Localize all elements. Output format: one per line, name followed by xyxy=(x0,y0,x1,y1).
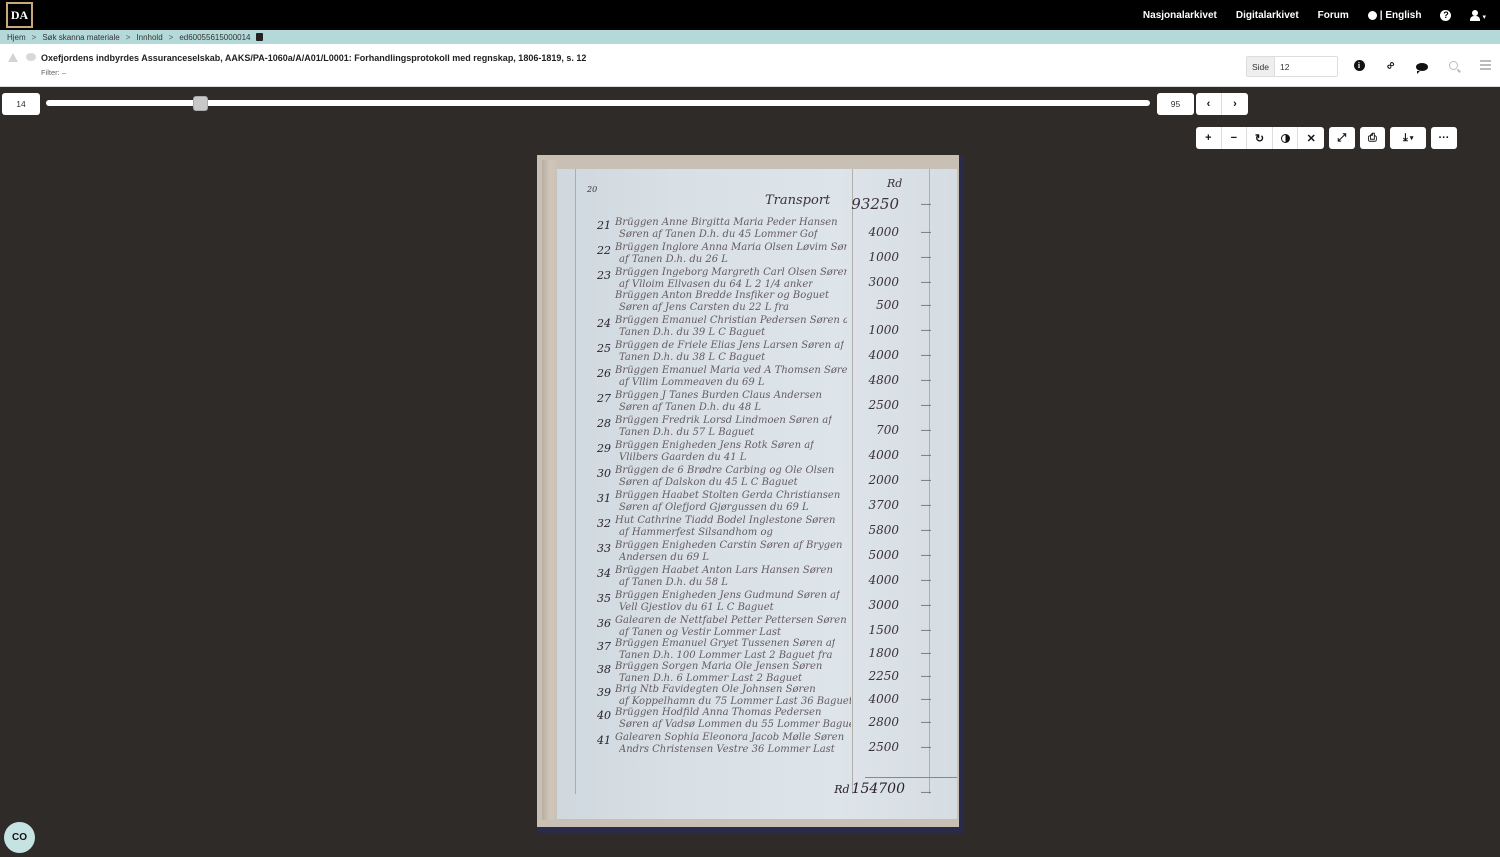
amount-dash: — xyxy=(921,787,931,798)
document-image[interactable]: 20 Transport Rd 93250 — 21Brüggen Anne B… xyxy=(537,155,964,833)
entry-amount: 4000 xyxy=(868,692,899,706)
amount-dash: — xyxy=(921,300,931,311)
entry-amount: 2800 xyxy=(868,715,899,729)
entry-amount: 1800 xyxy=(868,646,899,660)
entry-number: 34 xyxy=(597,567,611,580)
entry-amount: 700 xyxy=(876,423,899,437)
entry-number: 23 xyxy=(597,269,611,282)
amount-dash: — xyxy=(921,425,931,436)
amount-dash: — xyxy=(921,475,931,486)
amount-dash: — xyxy=(921,450,931,461)
entry-text-line2: Andersen du 69 L xyxy=(619,552,709,563)
entry-text-line2: Andrs Christensen Vestre 36 Lommer Last xyxy=(619,744,835,755)
warning-icon[interactable] xyxy=(8,53,18,62)
entry-number: 31 xyxy=(597,492,611,505)
entry-amount: 4000 xyxy=(868,348,899,362)
entry-text-line2: Tanen D.h. du 57 L Baguet xyxy=(619,427,754,438)
amount-dash: — xyxy=(921,500,931,511)
amount-dash: — xyxy=(921,600,931,611)
entry-number: 25 xyxy=(597,342,611,355)
entry-amount: 2000 xyxy=(868,473,899,487)
page-slider-track[interactable] xyxy=(46,100,1150,106)
entry-number: 41 xyxy=(597,734,611,747)
cookie-consent-button[interactable]: CO xyxy=(4,822,35,853)
page-number-input[interactable] xyxy=(1275,57,1337,76)
margin-rule xyxy=(575,169,576,794)
language-label: | English xyxy=(1380,10,1422,21)
more-options-button[interactable]: ··· xyxy=(1431,127,1457,149)
globe-icon xyxy=(1368,11,1377,20)
entry-amount: 3700 xyxy=(868,498,899,512)
entry-amount: 500 xyxy=(876,298,899,312)
entry-number: 32 xyxy=(597,517,611,530)
entry-text: Brüggen Haabet Stolten Gerda Christianse… xyxy=(615,490,840,501)
entry-number: 21 xyxy=(597,219,611,232)
permalink-button[interactable]: ∞ xyxy=(1383,58,1397,72)
next-page-button[interactable]: › xyxy=(1222,93,1248,115)
total-label: Rd xyxy=(834,783,849,796)
entry-text-line2: af Tanen D.h. du 58 L xyxy=(619,577,728,588)
entry-text-line2: af Koppelhamn du 75 Lommer Last 36 Bague… xyxy=(619,696,851,707)
entry-text: Brüggen Enigheden Jens Rotk Søren af xyxy=(615,440,814,451)
entry-amount: 4000 xyxy=(868,573,899,587)
entry-text-line2: af Vllim Lommeaven du 69 L xyxy=(619,377,765,388)
entry-text: Brüggen Inglore Anna Maria Olsen Løvim S… xyxy=(615,242,847,253)
currency-header: Rd xyxy=(887,177,902,190)
breadcrumb-separator: > xyxy=(169,33,174,42)
transport-label: Transport xyxy=(765,193,830,208)
entry-amount: 1000 xyxy=(868,250,899,264)
entry-amount: 2500 xyxy=(868,398,899,412)
amount-dash: — xyxy=(921,325,931,336)
breadcrumb-separator: > xyxy=(126,33,131,42)
entry-amount: 4000 xyxy=(868,225,899,239)
entry-text: Brüggen Ingeborg Margreth Carl Olsen Sør… xyxy=(615,267,847,278)
user-icon xyxy=(1470,10,1480,21)
amount-dash: — xyxy=(921,694,931,705)
breadcrumb-contents[interactable]: Innhold xyxy=(136,33,162,42)
ellipsis-icon: ··· xyxy=(1438,132,1449,144)
entry-number: 27 xyxy=(597,392,611,405)
entry-text-line2: af Vlloim Ellvasen du 64 L 2 1/4 anker xyxy=(619,279,813,290)
ledger-total: Rd154700 xyxy=(834,781,905,797)
amount-dash: — xyxy=(921,277,931,288)
amount-dash: — xyxy=(921,525,931,536)
entry-text: Brüggen Haabet Anton Lars Hansen Søren xyxy=(615,565,833,576)
breadcrumb: Hjem > Søk skanna materiale > Innhold > … xyxy=(0,30,1500,44)
entry-text-line2: Vell Gjestlov du 61 L C Baguet xyxy=(619,602,774,613)
search-icon xyxy=(1449,61,1458,70)
entry-text: Brig Ntb Favidegten Ole Johnsen Søren xyxy=(615,684,816,695)
entry-text: Brüggen de Friele Elias Jens Larsen Søre… xyxy=(615,340,844,351)
plus-icon: + xyxy=(1205,132,1211,144)
entry-amount: 3000 xyxy=(868,598,899,612)
more-group: ··· xyxy=(1431,127,1457,149)
manuscript-page: 20 Transport Rd 93250 — 21Brüggen Anne B… xyxy=(557,169,957,819)
entry-amount: 1500 xyxy=(868,623,899,637)
amount-dash: — xyxy=(921,550,931,561)
entry-text: Brüggen Emanuel Maria ved A Thomsen Søre… xyxy=(615,365,847,376)
entry-number: 38 xyxy=(597,663,611,676)
opening-amount: 93250 xyxy=(851,195,899,213)
entry-text: Brüggen Emanuel Christian Pedersen Søren… xyxy=(615,315,847,326)
current-page-box[interactable]: 14 xyxy=(2,93,40,115)
entry-text-line2: Tanen D.h. du 38 L C Baguet xyxy=(619,352,765,363)
nav-link-nasjonalarkivet[interactable]: Nasjonalarkivet xyxy=(1143,10,1217,21)
entry-amount: 4000 xyxy=(868,448,899,462)
entry-text: Brüggen Anne Birgitta Maria Peder Hansen xyxy=(615,217,838,228)
amount-dash: — xyxy=(921,671,931,682)
amount-column-rule xyxy=(852,169,853,794)
chevron-left-icon: ‹ xyxy=(1207,98,1211,110)
entry-number: 22 xyxy=(597,244,611,257)
entry-text-line2: af Hammerfest Silsandhom og xyxy=(619,527,773,538)
entry-text: Brüggen Enigheden Carstin Søren af Bryge… xyxy=(615,540,842,551)
amount-dash: — xyxy=(921,648,931,659)
user-menu-button[interactable]: ▾ xyxy=(1470,10,1486,21)
entry-amount: 5000 xyxy=(868,548,899,562)
print-group: ⎙ xyxy=(1360,127,1386,149)
entry-amount: 3000 xyxy=(868,275,899,289)
total-pages-box: 95 xyxy=(1157,93,1194,115)
print-icon: ⎙ xyxy=(1368,132,1377,145)
rotate-icon: ↻ xyxy=(1255,132,1264,145)
entry-text-line2: Søren af Olefjord Gjørgussen du 69 L xyxy=(619,502,809,513)
entry-amount: 2250 xyxy=(868,669,899,683)
nav-link-forum[interactable]: Forum xyxy=(1318,10,1349,21)
caret-down-icon: ▾ xyxy=(1410,134,1414,142)
page-stack-edge xyxy=(542,160,558,820)
page-number-field: Side xyxy=(1246,56,1338,77)
entry-text: Brüggen J Tanes Burden Claus Andersen xyxy=(615,390,822,401)
language-switch[interactable]: | English xyxy=(1368,10,1422,21)
entry-amount: 5800 xyxy=(868,523,899,537)
entry-number: 37 xyxy=(597,640,611,653)
breadcrumb-search-scanned[interactable]: Søk skanna materiale xyxy=(42,33,119,42)
entry-number: 30 xyxy=(597,467,611,480)
fullscreen-group: ⤢ xyxy=(1329,127,1355,149)
amount-dash: — xyxy=(921,375,931,386)
breadcrumb-current-id: ed60055615000014 xyxy=(179,33,250,42)
entry-number: 36 xyxy=(597,617,611,630)
help-icon[interactable]: ? xyxy=(1440,10,1451,21)
contrast-icon xyxy=(1281,134,1290,143)
amount-dash: — xyxy=(921,350,931,361)
print-button[interactable]: ⎙ xyxy=(1360,127,1386,149)
list-view-button[interactable] xyxy=(1478,58,1492,72)
nav-links: Nasjonalarkivet Digitalarkivet Forum | E… xyxy=(1143,0,1500,30)
copy-icon[interactable] xyxy=(256,33,263,41)
entry-text: Brüggen Fredrik Lorsd Lindmoen Søren af xyxy=(615,415,832,426)
entry-number: 35 xyxy=(597,592,611,605)
viewer-toolbar: + − ↻ ✕ ⤢ ⎙ ⤓ ▾ ··· xyxy=(1196,127,1462,149)
entry-text: Brüggen Anton Bredde Insfiker og Boguet xyxy=(615,290,829,301)
minus-icon: − xyxy=(1231,132,1237,144)
previous-page-button[interactable]: ‹ xyxy=(1196,93,1222,115)
nav-link-digitalarkivet[interactable]: Digitalarkivet xyxy=(1236,10,1299,21)
side-label: Side xyxy=(1247,57,1275,76)
page-marker: 20 xyxy=(587,185,597,194)
info-button[interactable]: i xyxy=(1352,58,1366,72)
document-header: Oxefjordens indbyrdes Assuranceselskab, … xyxy=(0,44,1500,87)
entry-text: Brüggen de 6 Brødre Carbing og Ole Olsen xyxy=(615,465,834,476)
entry-number: 39 xyxy=(597,686,611,699)
download-icon: ⤓ xyxy=(1403,132,1408,145)
cookie-icon: CO xyxy=(12,832,27,843)
entry-text: Brüggen Hodfild Anna Thomas Pedersen xyxy=(615,707,821,718)
amount-dash: — xyxy=(921,252,931,263)
amount-dash: — xyxy=(921,742,931,753)
reset-button[interactable]: ✕ xyxy=(1298,127,1324,149)
entry-text: Hut Cathrine Tiadd Bodel Inglestone Søre… xyxy=(615,515,835,526)
entry-text-line2: Søren af Tanen D.h. du 48 L xyxy=(619,402,761,413)
total-amount: 154700 xyxy=(852,781,905,797)
list-icon xyxy=(1480,60,1491,70)
entry-amount: 2500 xyxy=(868,740,899,754)
da-logo[interactable]: DA xyxy=(6,2,33,28)
comment-bubble-icon[interactable] xyxy=(26,53,36,61)
entry-text-line2: af Tanen D.h. du 26 L xyxy=(619,254,728,265)
amount-dash: — xyxy=(921,625,931,636)
entry-text-line2: Søren af Jens Carsten du 22 L fra xyxy=(619,302,789,313)
comment-icon xyxy=(1416,63,1428,71)
download-group: ⤓ ▾ xyxy=(1390,127,1426,149)
entry-text-line2: Søren af Tanen D.h. du 45 Lommer Gof xyxy=(619,229,818,240)
entry-text-line2: af Tanen og Vestir Lommer Last xyxy=(619,627,781,638)
entry-text: Galearen Sophia Eleonora Jacob Mølle Sør… xyxy=(615,732,847,743)
entry-text-line2: Tanen D.h. du 39 L C Baguet xyxy=(619,327,765,338)
amount-dash: — xyxy=(921,400,931,411)
entry-number: 26 xyxy=(597,367,611,380)
zoom-in-button[interactable]: + xyxy=(1196,127,1222,149)
entry-text-line2: Tanen D.h. 6 Lommer Last 2 Baguet xyxy=(619,673,802,684)
entry-text-line2: Vlilbers Gaarden du 41 L xyxy=(619,452,746,463)
total-rule xyxy=(865,777,957,778)
entry-text: Brüggen Sorgen Maria Ole Jensen Søren xyxy=(615,661,822,672)
entry-text-line2: Søren af Vadsø Lommen du 55 Lommer Bague… xyxy=(619,719,851,730)
image-controls-group: + − ↻ ✕ xyxy=(1196,127,1324,149)
chevron-right-icon: › xyxy=(1233,98,1237,110)
entry-number: 28 xyxy=(597,417,611,430)
link-icon: ∞ xyxy=(1382,57,1398,73)
page-title: Oxefjordens indbyrdes Assuranceselskab, … xyxy=(41,53,586,63)
entry-text-line2: Tanen D.h. 100 Lommer Last 2 Baguet fra xyxy=(619,650,832,661)
entry-text: Brüggen Enigheden Jens Gudmund Søren af xyxy=(615,590,840,601)
caret-down-icon: ▾ xyxy=(1482,14,1486,21)
entry-text: Galearen de Nettfabel Petter Pettersen S… xyxy=(615,615,847,626)
contrast-button[interactable] xyxy=(1273,127,1299,149)
entry-text-line2: Søren af Dalskon du 45 L C Baguet xyxy=(619,477,798,488)
top-navbar: DA Nasjonalarkivet Digitalarkivet Forum … xyxy=(0,0,1500,30)
download-button[interactable]: ⤓ ▾ xyxy=(1390,127,1426,149)
close-icon: ✕ xyxy=(1307,132,1316,145)
entry-number: 29 xyxy=(597,442,611,455)
page-slider-handle[interactable] xyxy=(193,96,208,111)
entry-number: 24 xyxy=(597,317,611,330)
amount-dash: — xyxy=(921,575,931,586)
rotate-button[interactable]: ↻ xyxy=(1247,127,1273,149)
amount-dash: — xyxy=(921,227,931,238)
amount-dash: — xyxy=(921,717,931,728)
search-button[interactable] xyxy=(1446,58,1460,72)
expand-icon: ⤢ xyxy=(1337,132,1346,145)
filter-label: Filter: – xyxy=(41,68,66,77)
page-nav-buttons: ‹ › xyxy=(1196,93,1248,115)
entry-number: 33 xyxy=(597,542,611,555)
breadcrumb-separator: > xyxy=(32,33,37,42)
zoom-out-button[interactable]: − xyxy=(1222,127,1248,149)
entry-amount: 4800 xyxy=(868,373,899,387)
breadcrumb-home[interactable]: Hjem xyxy=(7,33,26,42)
entry-text: Brüggen Emanuel Gryet Tussenen Søren af xyxy=(615,638,835,649)
entry-amount: 1000 xyxy=(868,323,899,337)
fullscreen-button[interactable]: ⤢ xyxy=(1329,127,1355,149)
amount-dash: — xyxy=(921,199,931,210)
comments-button[interactable] xyxy=(1415,58,1429,72)
entry-number: 40 xyxy=(597,709,611,722)
info-icon: i xyxy=(1354,60,1365,71)
